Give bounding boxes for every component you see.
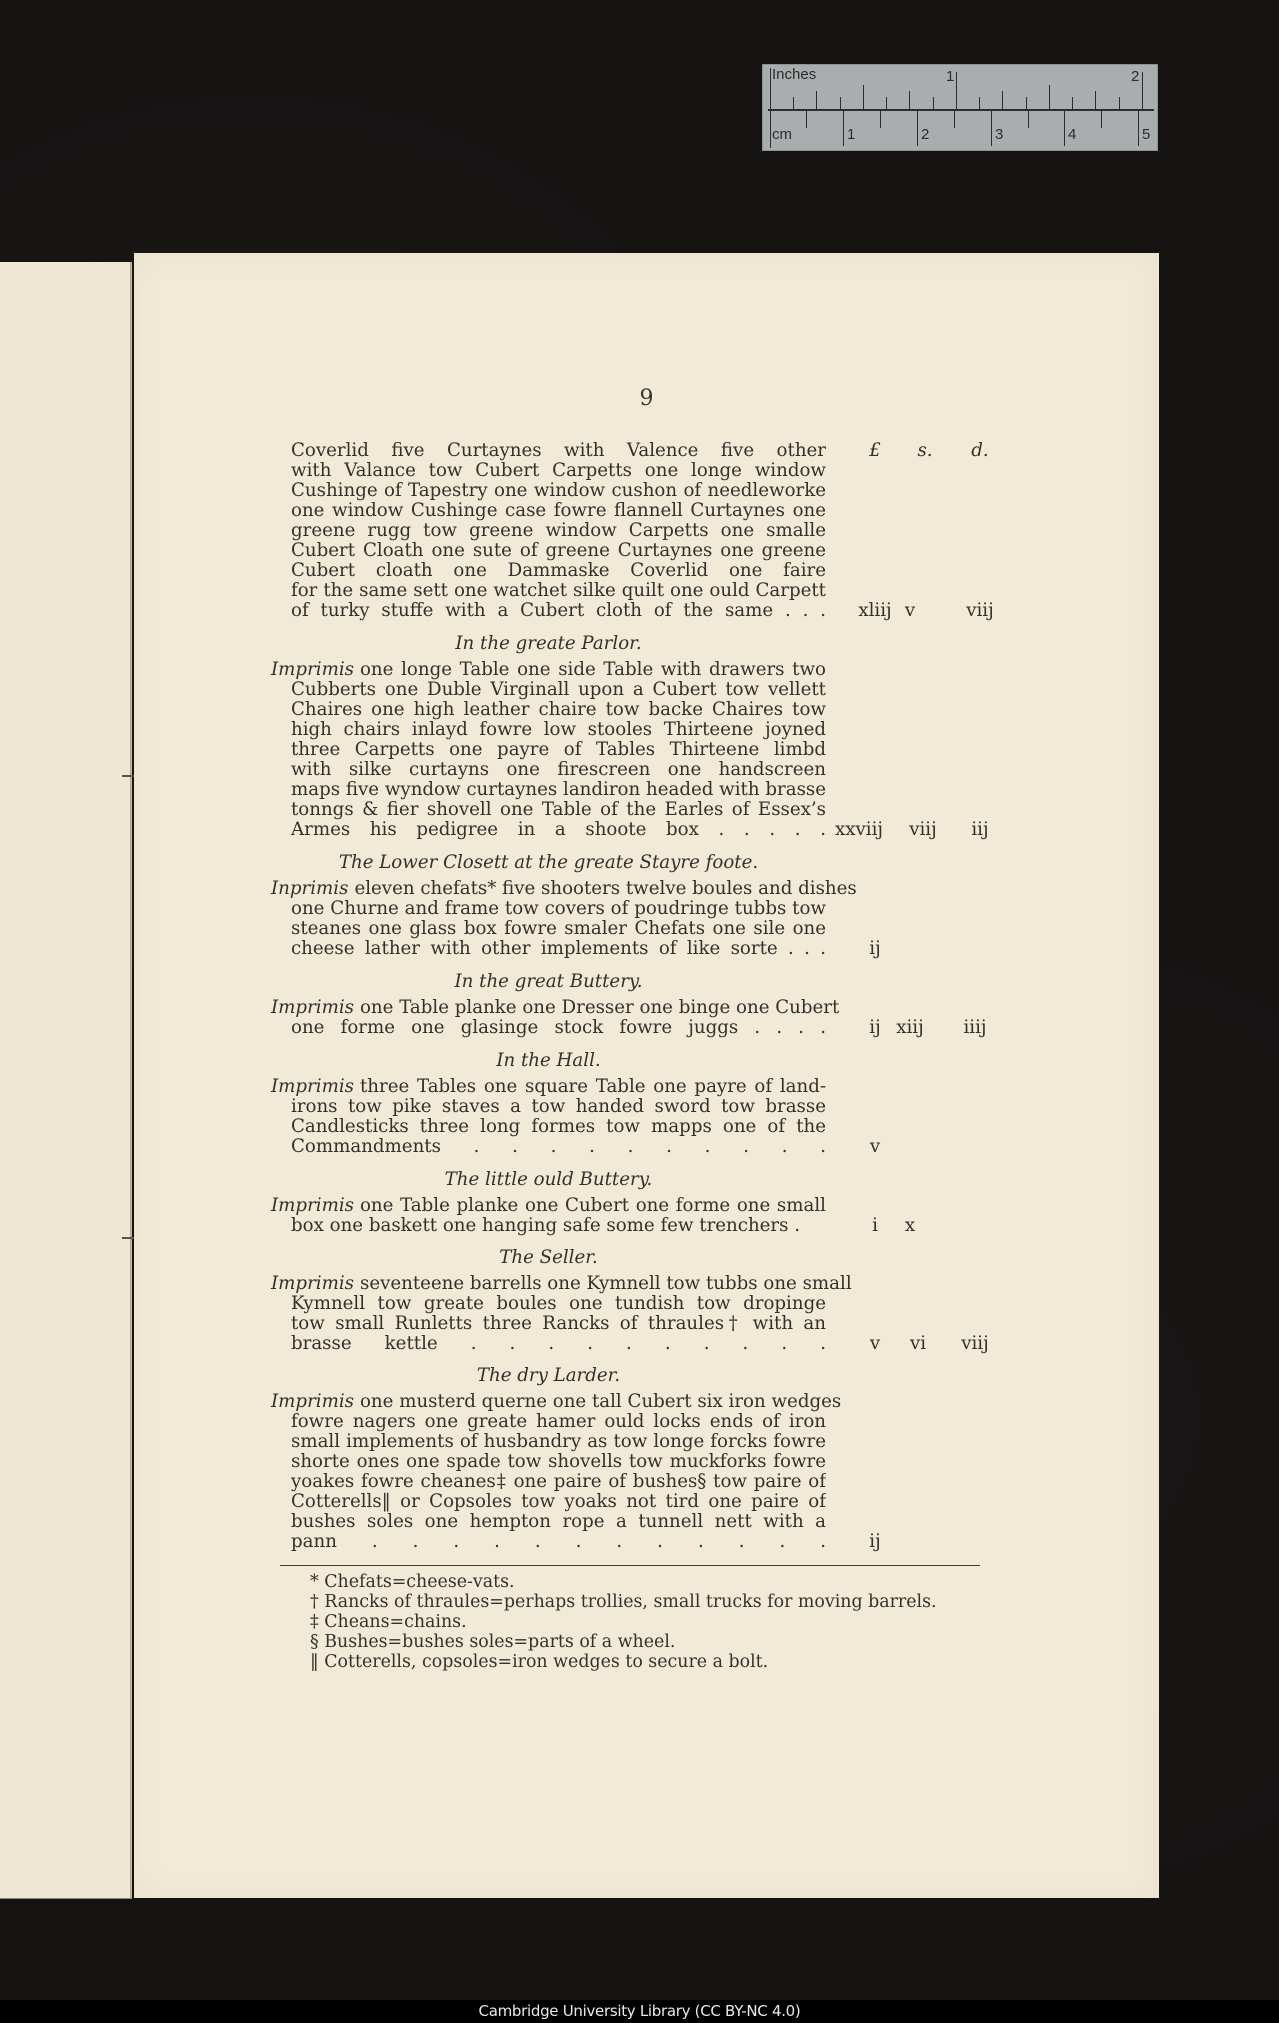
- amount-shillings: xiij: [880, 1018, 940, 1038]
- footnote-divider: [280, 1565, 980, 1566]
- entry-line: Imprimis one Table planke one Dresser on…: [271, 998, 826, 1018]
- entry-line: Commandments . . . . . . . . . .: [291, 1137, 826, 1157]
- entry-line: Cubert Cloath one sute of greene Curtayn…: [291, 541, 826, 561]
- entry-line: Cubert cloath one Dammaske Coverlid one …: [291, 561, 826, 581]
- entry-line: one window Cushinge case fowre flannell …: [291, 501, 826, 521]
- image-credit: Cambridge University Library (CC BY-NC 4…: [0, 2000, 1279, 2023]
- section-heading: The Seller.: [271, 1248, 826, 1268]
- entry-line: bushes soles one hempton rope a tunnell …: [291, 1512, 826, 1532]
- entry-line: small implements of husbandry as tow lon…: [291, 1432, 826, 1452]
- entry-line: one Churne and frame tow covers of poudr…: [291, 899, 826, 919]
- entry-line: Chaires one high leather chaire tow back…: [291, 700, 826, 720]
- entry-line: high chairs inlayd fowre low stooles Thi…: [291, 720, 826, 740]
- footnote: § Bushes=bushes soles=parts of a wheel.: [310, 1632, 675, 1652]
- footnote: * Chefats=cheese-vats.: [310, 1572, 515, 1592]
- entry-line: Imprimis seventeene barrells one Kymnell…: [271, 1274, 826, 1294]
- entry-line: three Carpetts one payre of Tables Thirt…: [291, 740, 826, 760]
- entry-line: cheese lather with other implements of l…: [291, 939, 826, 959]
- amount-pounds: ij: [845, 939, 905, 959]
- imprimis-lead: Imprimis: [271, 998, 354, 1018]
- entry-line: irons tow pike staves a tow handed sword…: [291, 1097, 826, 1117]
- section-heading: The little ould Buttery.: [271, 1170, 826, 1190]
- entry-line: for the same sett one watchet silke quil…: [291, 581, 826, 601]
- entry-line: with silke curtayns one firescreen one h…: [291, 760, 826, 780]
- entry-line: Cushinge of Tapestry one window cushon o…: [291, 481, 826, 501]
- imprimis-lead: Imprimis: [271, 660, 354, 680]
- amount-shillings: x: [880, 1216, 940, 1236]
- footnote: ‖ Cotterells, copsoles=iron wedges to se…: [310, 1652, 768, 1672]
- section-heading: In the great Buttery.: [271, 972, 826, 992]
- footnote: ‡ Cheans=chains.: [310, 1612, 467, 1632]
- imprimis-lead: Imprimis: [271, 1196, 354, 1216]
- entry-line: Candlesticks three long formes tow mapps…: [291, 1117, 826, 1137]
- entry-line: Imprimis one Table planke one Cubert one…: [271, 1196, 826, 1216]
- entry-line: Imprimis one longe Table one side Table …: [271, 660, 826, 680]
- amount-pence: viij: [950, 601, 1010, 621]
- page-number: 9: [134, 386, 1159, 411]
- amount-pence: viij: [945, 1334, 1005, 1354]
- imprimis-lead: Inprimis: [271, 879, 348, 899]
- entry-line: Coverlid five Curtaynes with Valence fiv…: [291, 441, 826, 461]
- entry-line: tonngs & fier shovell one Table of the E…: [291, 800, 826, 820]
- entry-line: Armes his pedigree in a shoote box . . .…: [291, 820, 826, 840]
- header-shillings: s.: [895, 441, 955, 461]
- amount-pence: iij: [950, 820, 1010, 840]
- amount-shillings: v: [880, 601, 940, 621]
- entry-line: Cotterells‖ or Copsoles tow yoaks not ti…: [291, 1492, 826, 1512]
- imprimis-lead: Imprimis: [271, 1077, 354, 1097]
- footnote: † Rancks of thraules=perhaps trollies, s…: [310, 1592, 937, 1612]
- amount-pence: iiij: [945, 1018, 1005, 1038]
- entry-line: Imprimis three Tables one square Table o…: [271, 1077, 826, 1097]
- entry-line: greene rugg tow greene window Carpetts o…: [291, 521, 826, 541]
- section-heading: The Lower Closett at the greate Stayre f…: [271, 853, 826, 873]
- entry-line: Cubberts one Duble Virginall upon a Cube…: [291, 680, 826, 700]
- entry-line: maps five wyndow curtaynes landiron head…: [291, 780, 826, 800]
- entry-line: fowre nagers one greate hamer ould locks…: [291, 1412, 826, 1432]
- entry-line: steanes one glass box fowre smaler Chefa…: [291, 919, 826, 939]
- section-heading: In the Hall.: [271, 1051, 826, 1071]
- amount-shillings: vi: [888, 1334, 948, 1354]
- entry-line: tow small Runletts three Rancks of thrau…: [291, 1314, 826, 1334]
- entry-line: Inprimis eleven chefats* five shooters t…: [271, 879, 826, 899]
- header-pence: d.: [950, 441, 1010, 461]
- page-content: 9 £ s. d. Coverlid five Curtaynes with V…: [0, 0, 1279, 2023]
- amount-shillings: viij: [893, 820, 953, 840]
- entry-line: brasse kettle . . . . . . . . . .: [291, 1334, 826, 1354]
- entry-line: Imprimis one musterd querne one tall Cub…: [271, 1392, 826, 1412]
- amount-pounds: xxviij: [826, 820, 892, 840]
- amount-pounds: ij: [845, 1532, 905, 1552]
- imprimis-lead: Imprimis: [271, 1274, 354, 1294]
- entry-line: pann . . . . . . . . . . . .: [291, 1532, 826, 1552]
- amount-pounds: v: [845, 1137, 905, 1157]
- entry-line: yoakes fowre cheanes‡ one paire of bushe…: [291, 1472, 826, 1492]
- imprimis-lead: Imprimis: [271, 1392, 354, 1412]
- entry-line: one forme one glasinge stock fowre juggs…: [291, 1018, 826, 1038]
- entry-line: of turky stuffe with a Cubert cloth of t…: [291, 601, 826, 621]
- entry-line: box one baskett one hanging safe some fe…: [291, 1216, 826, 1236]
- entry-line: Kymnell tow greate boules one tundish to…: [291, 1294, 826, 1314]
- entry-line: with Valance tow Cubert Carpetts one lon…: [291, 461, 826, 481]
- section-heading: In the greate Parlor.: [271, 634, 826, 654]
- section-heading: The dry Larder.: [271, 1366, 826, 1386]
- entry-line: shorte ones one spade tow shovells tow m…: [291, 1452, 826, 1472]
